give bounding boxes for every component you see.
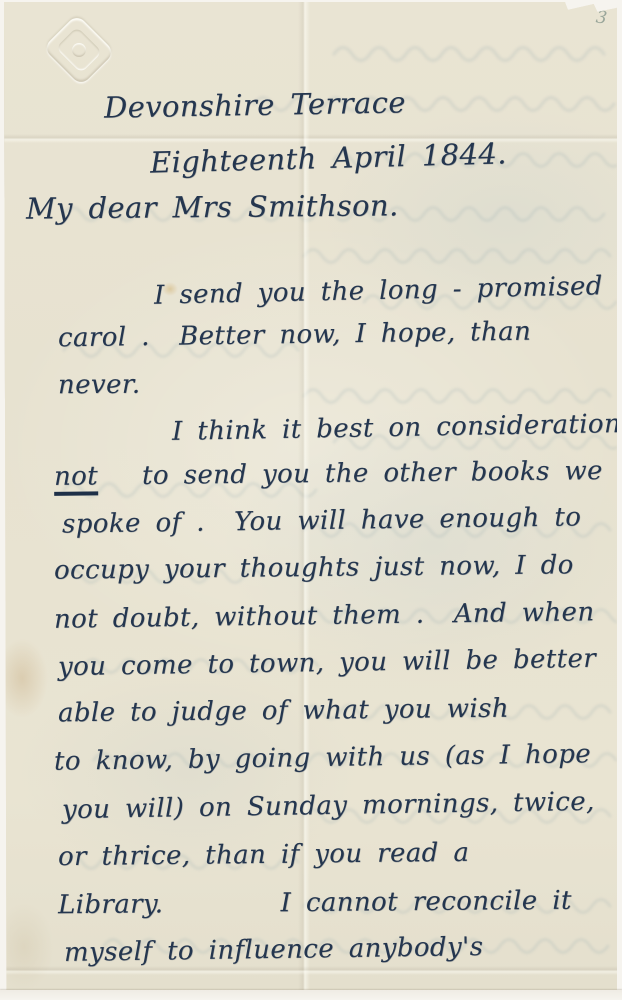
page-number: 3 bbox=[595, 7, 609, 28]
letter-line: able to judge of what you wish bbox=[58, 694, 509, 729]
letter-line: not to send you the other books we bbox=[54, 456, 603, 492]
letter-line: occupy your thoughts just now, I do bbox=[54, 550, 574, 585]
letter-date: Eighteenth April 1844. bbox=[150, 136, 508, 179]
letter-line: or thrice, than if you read a bbox=[58, 838, 470, 872]
letter-line: never. bbox=[58, 370, 141, 401]
scan-background: { "page": { "page_number": "3" }, "lette… bbox=[0, 0, 622, 1000]
letter-line: carol . Better now, I hope, than bbox=[58, 317, 532, 354]
letter-line: I think it best on consideration bbox=[172, 409, 622, 447]
toning-stain bbox=[0, 902, 54, 992]
letter-paper: 3 Devonshire Terrace Eighteenth April 18… bbox=[4, 2, 617, 990]
embossed-stamp-icon bbox=[43, 14, 115, 86]
letter-line: you will) on Sunday mornings, twice, bbox=[62, 787, 595, 825]
underlined-word: not bbox=[54, 461, 98, 495]
letter-line: you come to town, you will be better bbox=[58, 644, 597, 682]
letter-address: Devonshire Terrace bbox=[104, 85, 406, 124]
letter-salutation: My dear Mrs Smithson. bbox=[26, 188, 399, 225]
letter-line: I send you the long - promised bbox=[154, 271, 603, 310]
letter-line: Library. I cannot reconcile it bbox=[58, 886, 572, 920]
letter-line: myself to influence anybody's bbox=[64, 932, 484, 968]
letter-line: to know, by going with us (as I hope bbox=[54, 739, 591, 776]
foxing-stain bbox=[0, 638, 48, 718]
under-sheet-edge bbox=[0, 990, 622, 1000]
letter-line: not doubt, without them . And when bbox=[54, 597, 595, 635]
letter-line: spoke of . You will have enough to bbox=[62, 502, 582, 539]
